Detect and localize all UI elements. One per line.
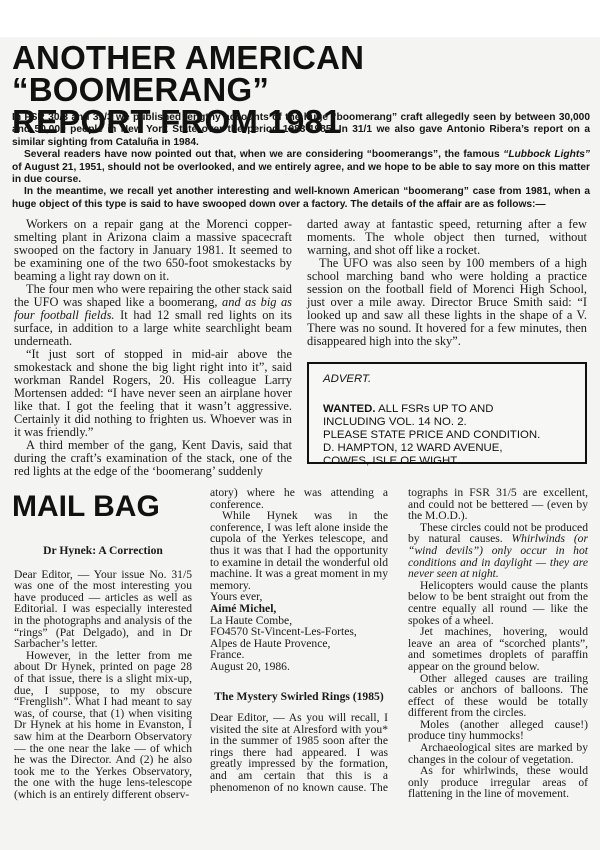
article-paragraph: darted away at fantastic speed, returnin… [307,218,587,257]
article-paragraph: The four men who were repairing the othe… [14,283,292,348]
intro-paragraph-2: Several readers have now pointed out tha… [12,149,590,186]
advert-title: ADVERT. [323,373,371,386]
letter-paragraph: Helicopters would cause the plants below… [408,580,588,626]
lubbock-lights-title: “Lubbock Lights” [503,149,590,160]
advert-line: INCLUDING VOL. 14 NO. 2. [323,416,583,429]
advert-line: PLEASE STATE PRICE AND CONDITION. [323,429,583,442]
letter-paragraph: Jet machines, hovering, would leave an a… [408,626,588,672]
article-paragraph: Workers on a repair gang at the Morenci … [14,218,292,283]
intro-paragraph-3: In the meantime, we recall yet another i… [12,186,590,211]
letter-paragraph: However, in the letter from me about Dr … [14,650,192,801]
letter-paragraph: Moles (another alleged cause!) produce t… [408,719,588,742]
letter-date: August 20, 1986. [210,661,388,673]
letter-subtitle: Dr Hynek: A Correction [14,545,192,557]
letter-paragraph: As for whirlwinds, these would only prod… [408,765,588,800]
address-line: FO4570 St-Vincent-Les-Fortes, [210,626,388,638]
letter-paragraph: While Hynek was in the conference, I was… [210,510,388,591]
advert-line: COWES, ISLE OF WIGHT. [323,455,583,468]
letter-paragraph: atory) where he was attending a conferen… [210,487,388,510]
headline-line-1: ANOTHER AMERICAN “BOOMERANG” [12,39,364,108]
mailbag-column-2: atory) where he was attending a conferen… [210,487,388,793]
intro-text: Several readers have now pointed out tha… [24,149,500,160]
article-paragraph: A third member of the gang, Kent Davis, … [14,439,292,478]
advert-line: ALL FSRs UP TO AND [376,403,494,415]
advert-wanted-label: WANTED. [323,403,376,415]
mailbag-title: MAIL BAG [12,492,160,522]
article-column-2: darted away at fantastic speed, returnin… [307,218,587,348]
letter-paragraph: Dear Editor, — As you will recall, I vis… [210,712,388,793]
letter-subtitle: The Mystery Swirled Rings (1985) [210,691,388,703]
article-intro: In FSR 30/3 and 31/3 we published length… [12,112,590,211]
advert-box: ADVERT. WANTED. ALL FSRs UP TO AND INCLU… [307,362,587,464]
letter-paragraph: These circles could not be produced by n… [408,522,588,580]
advert-body: WANTED. ALL FSRs UP TO AND INCLUDING VOL… [323,403,583,468]
letter-paragraph: Other alleged causes are trailing cables… [408,673,588,719]
letter-paragraph: tographs in FSR 31/5 are excellent, and … [408,487,588,522]
letter-paragraph: Dear Editor, — Your issue No. 31/5 was o… [14,569,192,650]
intro-paragraph-1: In FSR 30/3 and 31/3 we published length… [12,112,590,149]
letter-signature-block: Yours ever, Aimé Michel, La Haute Combe,… [210,591,388,672]
intro-text: of August 21, 1951, should not be overlo… [12,162,590,185]
letter-signature: Aimé Michel, [210,603,388,615]
article-paragraph: “It just sort of stopped in mid-air abov… [14,348,292,439]
mailbag-column-3: tographs in FSR 31/5 are excellent, and … [408,487,588,800]
mailbag-column-1: Dr Hynek: A Correction Dear Editor, — Yo… [14,545,192,800]
article-column-1: Workers on a repair gang at the Morenci … [14,218,292,478]
article-paragraph: The UFO was also seen by 100 members of … [307,257,587,348]
letter-paragraph: Archaeological sites are marked by chang… [408,742,588,765]
signature-name: Aimé Michel, [210,602,276,615]
advert-line: D. HAMPTON, 12 WARD AVENUE, [323,442,583,455]
